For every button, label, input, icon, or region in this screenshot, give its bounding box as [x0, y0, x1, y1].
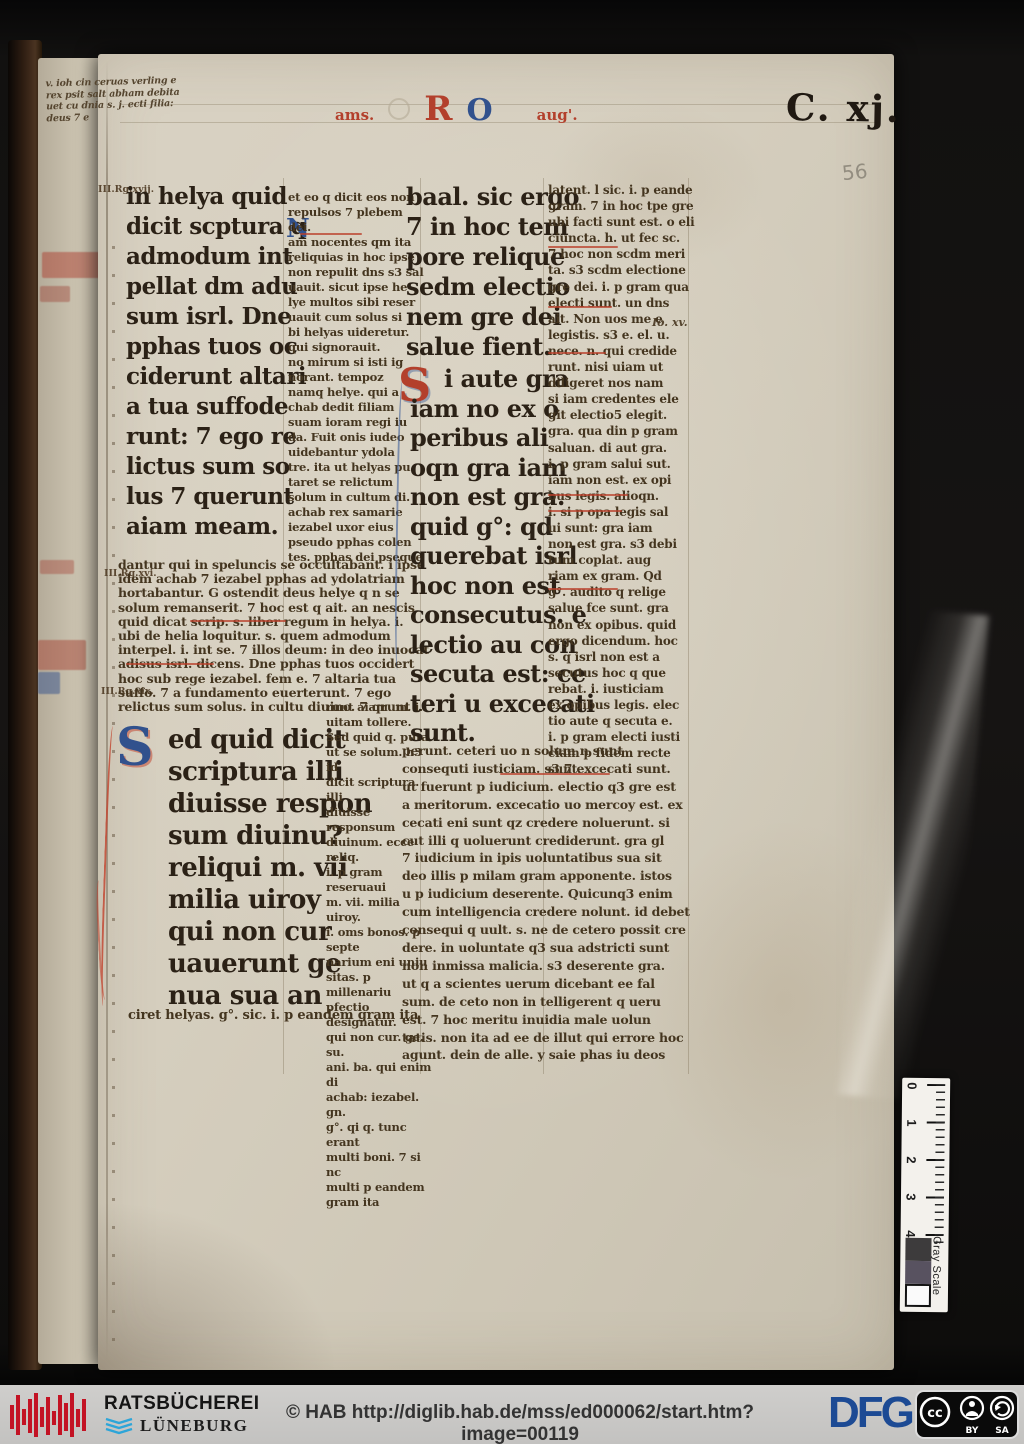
- ruler-number: 0: [905, 1082, 920, 1096]
- scale-ruler: 0 1 2 3 4 Gray Scale: [900, 1078, 950, 1312]
- running-title-letter-red: R: [424, 92, 452, 126]
- bottom-gloss-text: perunt. ceteri uo n solum n sunt consequ…: [402, 742, 692, 1064]
- marginal-note-top-left: v. ioh cin ceruas verling e rex psit sal…: [45, 74, 226, 125]
- running-title-right: aug'.: [537, 106, 578, 124]
- showthrough-fragment: [38, 672, 60, 694]
- cc-letters: cc: [927, 1406, 942, 1421]
- ruler-number: 2: [904, 1156, 919, 1170]
- rubric-underline: [548, 588, 618, 590]
- grayscale-label: Gray Scale: [930, 1236, 943, 1296]
- ruler-minor-ticks: [934, 1084, 945, 1244]
- manuscript-photo: v. ioh cin ceruas verling e rex psit sal…: [0, 0, 1024, 1444]
- rubric-underline: [548, 510, 622, 512]
- footer-bar: RATSBÜCHEREI LÜNEBURG © HAB http://digli…: [0, 1385, 1024, 1444]
- erased-letter-mark: [388, 98, 410, 120]
- open-book-icon: [104, 1415, 134, 1437]
- page-fold-crease: [106, 60, 108, 1360]
- dfg-logo: DFG: [828, 1388, 912, 1438]
- folio-number-ink: C. xj.: [786, 85, 902, 131]
- cc-license-badge: cc BY SA: [915, 1390, 1019, 1439]
- rubric-underline: [126, 663, 214, 665]
- rubric-underline: [300, 233, 362, 235]
- ruler-number: 1: [904, 1119, 919, 1133]
- mid-gloss-text: dantur qui in speluncis se occultabant. …: [118, 558, 438, 714]
- running-title-left: ams.: [335, 106, 374, 124]
- initial-s-decorated: S: [116, 722, 154, 774]
- cc-sa-label: SA: [995, 1426, 1008, 1436]
- grayscale-patch-dark: [905, 1238, 931, 1261]
- rubric-underline: [548, 246, 618, 248]
- folio-number-pencil: 56: [841, 159, 869, 186]
- ratsbuecherei-bars-logo: [8, 1391, 96, 1439]
- column4-gloss-text: latent. l sic. i. p eande gram. 7 in hoc…: [548, 182, 698, 777]
- showthrough-fragment: [40, 286, 70, 302]
- rubric-underline: [190, 620, 286, 622]
- copyright-credit: © HAB http://diglib.hab.de/mss/ed000062/…: [230, 1402, 810, 1444]
- grayscale-patch-mid: [905, 1261, 931, 1284]
- rubric-underline: [548, 306, 612, 308]
- running-title-letter-blue: O: [467, 96, 493, 126]
- rubric-underline: [548, 494, 628, 496]
- running-title: ams. R O aug'.: [335, 92, 595, 126]
- cc-license-icons: cc BY SA: [917, 1392, 1017, 1437]
- cc-by-label: BY: [966, 1426, 979, 1436]
- showthrough-fragment: [40, 560, 74, 574]
- rubric-underline: [548, 352, 606, 354]
- showthrough-fragment: [42, 252, 100, 278]
- book-spine: [8, 40, 42, 1370]
- ruler-number: 3: [903, 1193, 918, 1207]
- rubric-underline: [500, 773, 610, 775]
- grayscale-patch-white: [905, 1284, 931, 1307]
- showthrough-fragment: [38, 640, 86, 670]
